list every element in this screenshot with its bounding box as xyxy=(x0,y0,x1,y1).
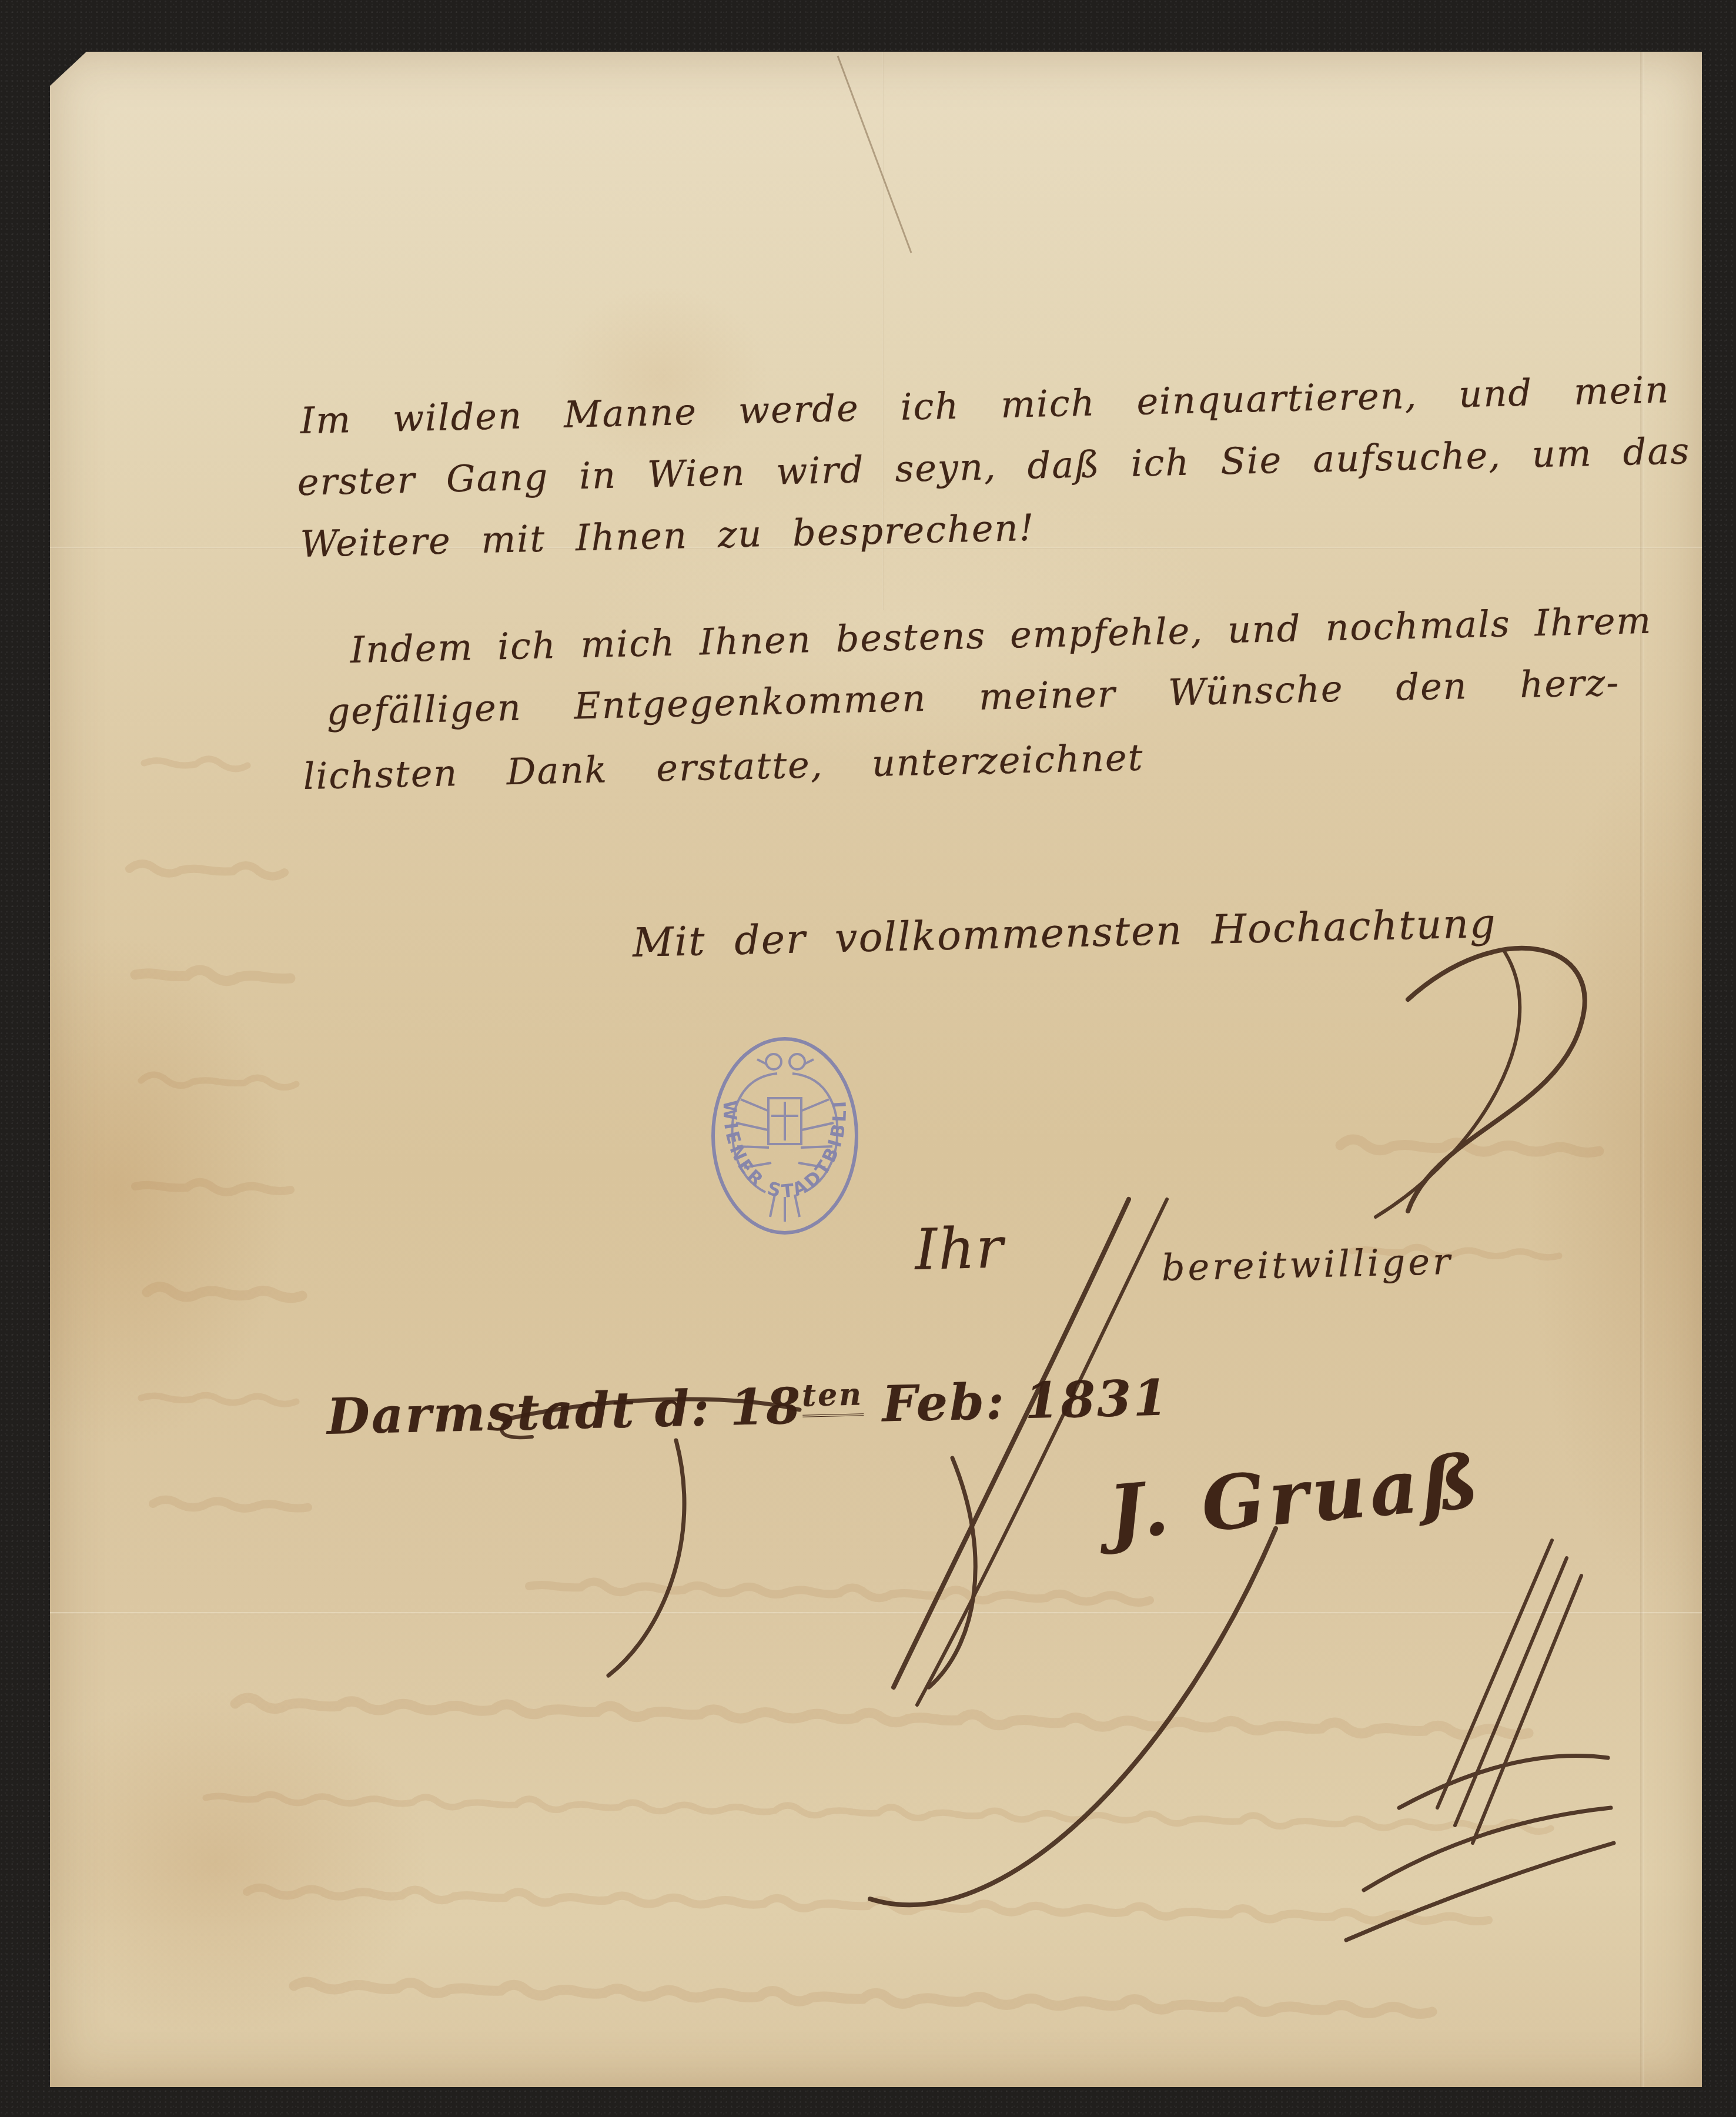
signature-loop-flourish xyxy=(870,1529,1276,1905)
dateline: Darmstadt d: 18ten Feb: 1831 xyxy=(326,1368,1170,1445)
signature-paraph xyxy=(1399,1756,1608,1808)
closing-formula: Mit der vollkommensten Hochachtung xyxy=(632,901,1497,966)
letter-line: erster Gang in Wien wird seyn, daß ich S… xyxy=(297,433,1691,501)
signature: J. Gruaß xyxy=(1105,1437,1486,1557)
valediction-pronoun: Ihr xyxy=(914,1215,1005,1283)
letter-line: Weitere mit Ihnen zu besprechen! xyxy=(300,510,1035,563)
fold-crease-lower xyxy=(50,1612,1702,1614)
valediction-word: bereitwilliger xyxy=(1161,1240,1453,1289)
dateline-descender xyxy=(608,1440,684,1675)
letter-line: Im wilden Manne werde ich mich einquarti… xyxy=(300,372,1670,439)
ink-flourishes xyxy=(50,52,1702,2087)
bleedthrough-ghost-writing xyxy=(50,52,1702,2087)
signature-paraph xyxy=(1455,1558,1567,1825)
signature-paraph xyxy=(1346,1843,1614,1940)
svg-text:WIENER STADTBIBLIOTHEK: WIENER STADTBIBLIOTHEK xyxy=(700,1023,851,1202)
dateline-descender xyxy=(929,1458,975,1687)
letter-page: WIENER STADTBIBLIOTHEK Im wilden Manne w… xyxy=(50,52,1702,2087)
dateline-ordinal: ten xyxy=(801,1376,863,1417)
stamp-text: WIENER STADTBIBLIOTHEK xyxy=(700,1023,851,1202)
letter-line: Indem ich mich Ihnen bestens empfehle, u… xyxy=(350,603,1653,668)
fold-crease-right xyxy=(1640,52,1644,2087)
double-eagle-icon xyxy=(732,1054,838,1222)
closing-flourish xyxy=(1376,952,1520,1217)
closing-flourish xyxy=(1408,948,1585,1211)
letter-line: gefälligen Entgegenkommen meiner Wünsche… xyxy=(326,664,1620,730)
letter-line: lichsten Dank erstatte, unterzeichnet xyxy=(303,740,1144,795)
signature-paraph xyxy=(1437,1540,1552,1808)
paper-crease-scratch xyxy=(838,56,911,253)
dateline-month-year: Feb: 1831 xyxy=(862,1368,1170,1433)
dateline-place-day: Darmstadt d: 18 xyxy=(326,1377,803,1446)
signature-paraph xyxy=(1473,1576,1581,1843)
photo-matte: WIENER STADTBIBLIOTHEK Im wilden Manne w… xyxy=(0,0,1736,2117)
stamp-oval-border xyxy=(713,1039,857,1233)
signature-paraph xyxy=(1364,1808,1611,1890)
wiener-stadtbibliothek-stamp: WIENER STADTBIBLIOTHEK xyxy=(700,1023,870,1249)
